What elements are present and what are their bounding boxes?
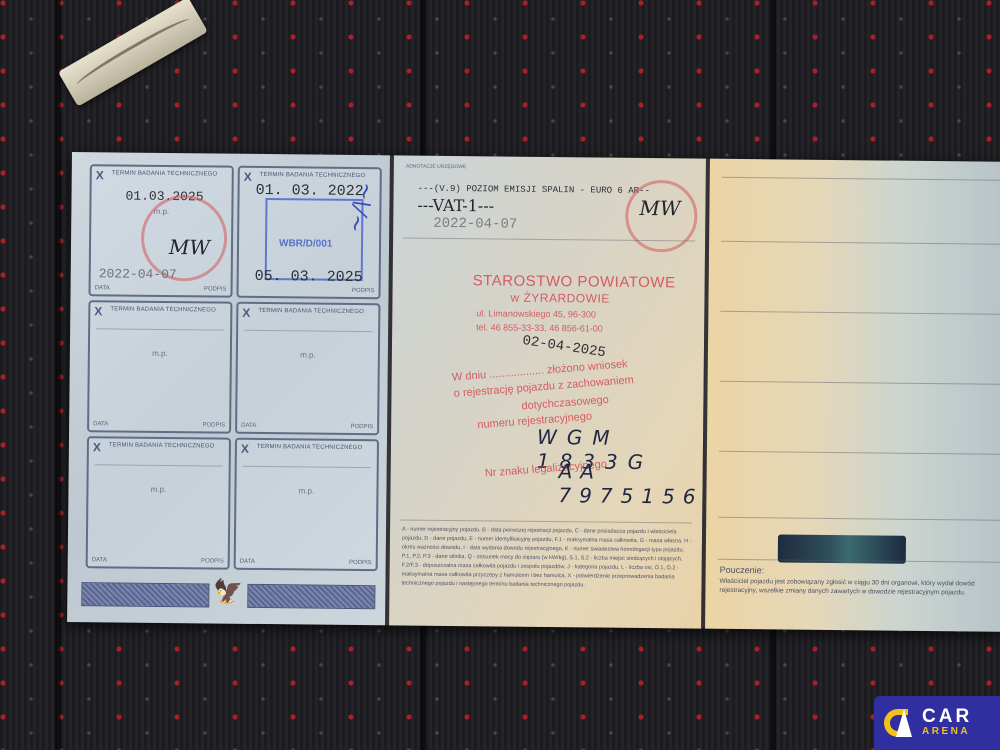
notice-title: Pouczenie: (720, 565, 765, 575)
guilloche-band (81, 582, 209, 607)
mp-label: m.p. (236, 486, 376, 496)
podpis-label: PODPIS (204, 286, 227, 292)
logo-text-car: CAR (922, 708, 972, 726)
data-label: DATA (95, 285, 110, 291)
seat-seam (55, 0, 61, 750)
notice-text: Właściciel pojazdu jest zobowiązany zgło… (719, 577, 996, 598)
box-header: TERMIN BADANIA TECHNICZNEGO (110, 306, 216, 313)
x-mark: X (242, 306, 250, 320)
x-mark: X (241, 442, 249, 456)
inspection-page: X TERMIN BADANIA TECHNICZNEGO 01.03.2025… (67, 152, 390, 625)
data-label: DATA (92, 557, 107, 563)
inspection-box: X TERMIN BADANIA TECHNICZNEGO 01. 03. 20… (236, 166, 381, 300)
vat-annotation: ---VAT-1--- (417, 196, 494, 216)
podpis-label: PODPIS (201, 558, 224, 564)
box-header: TERMIN BADANIA TECHNICZNEGO (258, 308, 364, 315)
box-header: TERMIN BADANIA TECHNICZNEGO (260, 172, 366, 179)
box-header: TERMIN BADANIA TECHNICZNEGO (257, 444, 363, 451)
station-code: WBR/D/001 (279, 238, 332, 250)
x-mark: X (244, 170, 252, 184)
office-stamp-city: w ŻYRARDOWIE (510, 291, 609, 306)
data-label: DATA (241, 423, 256, 429)
official-annotations-page: ADNOTACJE URZĘDOWE ---(V.9) POZIOM EMISJ… (389, 155, 706, 628)
data-label: DATA (240, 559, 255, 565)
office-phone: tel. 46 855-33-33, 46 856-61-00 (476, 322, 603, 333)
car-arena-logo: CAR ARENA (874, 696, 1000, 750)
date-stamp: 02-04-2025 (521, 333, 606, 361)
podpis-label: PODPIS (202, 422, 225, 428)
box-header: TERMIN BADANIA TECHNICZNEGO (112, 170, 218, 177)
data-label: DATA (93, 421, 108, 427)
mp-label: m.p. (90, 348, 230, 358)
inspection-box: X TERMIN BADANIA TECHNICZNEGO m.p. DATA … (86, 436, 231, 570)
polish-eagle-icon: 🦅 (213, 578, 243, 607)
x-mark: X (96, 168, 104, 182)
inspection-box: X TERMIN BADANIA TECHNICZNEGO m.p. DATA … (234, 438, 379, 572)
inspection-box: X TERMIN BADANIA TECHNICZNEGO m.p. DATA … (235, 302, 380, 436)
box-header: TERMIN BADANIA TECHNICZNEGO (109, 442, 215, 449)
annotation-date: 2022-04-07 (433, 216, 517, 233)
office-address: ul. Limanowskiego 45, 96-300 (476, 308, 596, 319)
mp-label: m.p. (238, 350, 378, 360)
podpis-label: PODPIS (349, 560, 372, 566)
legalization-number: AA 79751569 (558, 459, 724, 509)
podpis-label: PODPIS (350, 424, 373, 430)
signature: MW (169, 235, 210, 259)
podpis-label: PODPIS (352, 288, 375, 294)
notice-line-3: dotychczasowego (521, 394, 609, 413)
inspection-box: X TERMIN BADANIA TECHNICZNEGO m.p. DATA … (87, 300, 232, 434)
x-mark: X (93, 440, 101, 454)
inspection-due-date: 05. 03. 2025 (255, 268, 363, 286)
field-legend-footnote: A - numer rejestracyjny pojazdu, B - dat… (401, 525, 692, 591)
emission-level-line: ---(V.9) POZIOM EMISJI SPALIN - EURO 6 A… (418, 184, 650, 196)
vehicle-registration-document: X TERMIN BADANIA TECHNICZNEGO 01.03.2025… (67, 152, 1000, 632)
logo-text-arena: ARENA (922, 726, 972, 738)
notice-page: Pouczenie: Właściciel pojazdu jest zobow… (705, 159, 1000, 632)
office-stamp-title: STAROSTWO POWIATOWE (473, 272, 676, 291)
guilloche-band (247, 584, 375, 609)
inspection-box: X TERMIN BADANIA TECHNICZNEGO 01.03.2025… (88, 164, 233, 298)
car-arena-logo-icon (884, 709, 914, 737)
page-header: ADNOTACJE URZĘDOWE (406, 163, 467, 170)
signature: MW (639, 196, 680, 220)
x-mark: X (94, 304, 102, 318)
mp-label: m.p. (88, 484, 228, 494)
stamp-date: 2022-04-07 (99, 266, 177, 282)
